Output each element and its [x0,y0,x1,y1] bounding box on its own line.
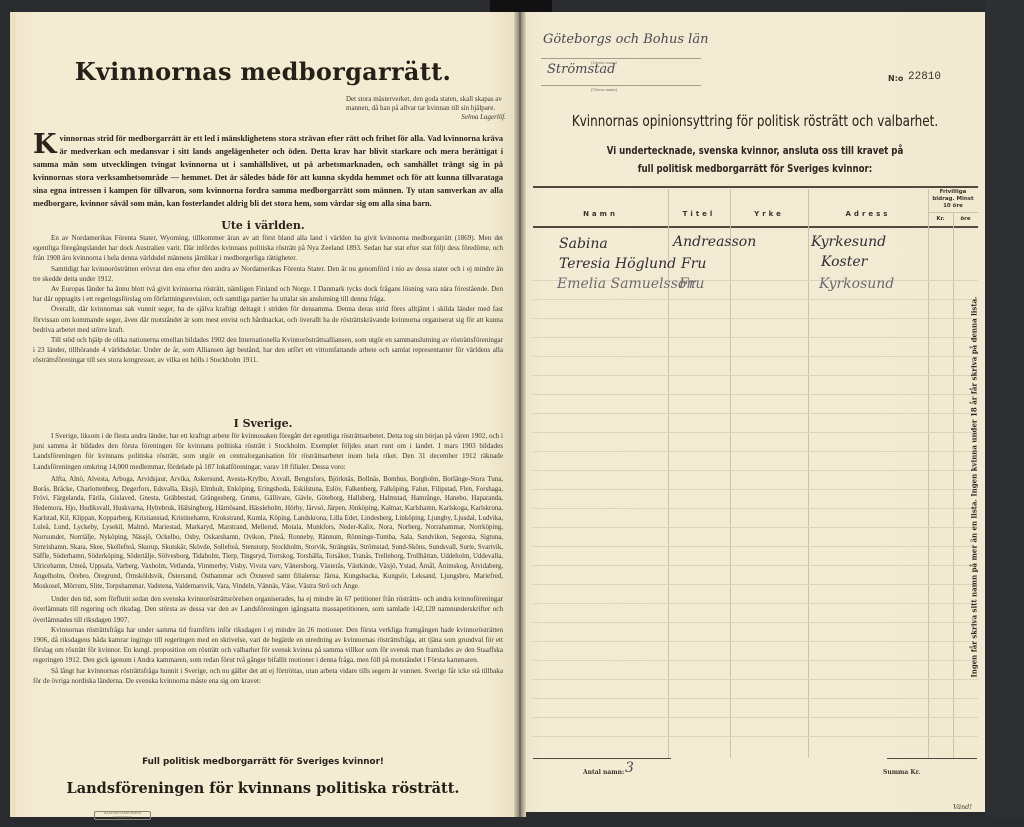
row-line [533,565,978,566]
row-line [533,413,978,414]
row-line [533,508,978,509]
side-note-vertical: Ingen får skriva sitt namn på mer än en … [968,202,980,772]
form-number: 22810 [908,71,941,83]
town-caption: (Ortens namn) [591,87,617,92]
paragraph: Av Europas länder ha ännu blott två givi… [33,284,503,304]
row-line [533,546,978,547]
column-divider [730,189,731,758]
background-bottom [0,817,1024,827]
paragraph: Samtidigt har kvinnorösträtten erövrat d… [33,264,503,284]
drop-cap: K [33,134,56,156]
row-line [533,698,978,699]
signature-address: Kyrkesund [811,234,886,250]
row-line [533,299,978,300]
page-title: Kvinnornas medborgarrätt. [28,57,498,86]
row-line [533,584,978,585]
section-world-body: En av Nordamerikas Förenta Stater, Wyomi… [33,233,503,366]
section-heading-sweden: I Sverige. [28,417,498,430]
paragraph: Kvinnornas rösträttsfråga har under samm… [33,625,503,666]
section-sweden-body: I Sverige, liksom i de flesta andra länd… [33,431,503,686]
count-rule [533,758,671,759]
paragraph: I Sverige, liksom i de flesta andra länd… [33,431,503,472]
row-line [533,432,978,433]
column-divider [668,189,669,758]
row-line [533,622,978,623]
intro-paragraph: Kvinnornas strid för medborgarrätt är et… [33,132,503,210]
row-line [533,489,978,490]
header-title: Titel [668,210,730,218]
sum-rule [887,758,977,759]
table-header-rule [533,226,978,228]
row-line [533,660,978,661]
row-line [533,470,978,471]
form-title: Kvinnornas opinionsyttring för politisk … [557,112,953,130]
header-occupation: Yrke [730,210,808,218]
left-page-content: Kvinnornas medborgarrätt. Det stora mäst… [10,12,515,817]
header-kr: Kr. [928,216,953,223]
intro-text: vinnornas strid för medborgarrätt är ett… [33,134,503,208]
column-divider [808,189,809,758]
header-address: Adress [808,210,928,218]
town-field-line [541,85,701,86]
paragraph: Så långt har kvinnornas rösträttsfråga h… [33,666,503,686]
row-line [533,318,978,319]
town-handwritten: Strömstad [547,62,615,77]
number-label: N:o [888,74,903,83]
county-field-line [541,58,701,59]
row-line [533,717,978,718]
header-name: Namn [533,210,668,218]
count-label: Antal namn: [583,769,624,776]
side-note-text: Ingen får skriva sitt namn på mer än en … [970,296,979,677]
row-line [533,641,978,642]
signature-title: Fru [681,256,706,272]
row-line [533,337,978,338]
signature-title: Fru [679,276,704,292]
binding-shadow [490,0,552,12]
signature-name: Sabina [559,236,608,252]
paragraph: Till stöd och hjälp de olika nationerna … [33,335,503,366]
table-top-rule [533,186,978,188]
quote-author: Selma Lagerlöf. [346,113,506,122]
section-heading-world: Ute i världen. [28,219,498,232]
count-value: 3 [625,760,634,776]
column-divider [953,212,954,758]
row-line [533,603,978,604]
row-line [533,394,978,395]
paragraph: Under den tid, som förflutit sedan den s… [33,594,503,625]
signature-address: Kyrkosund [819,276,894,292]
row-line [533,736,978,737]
organization-name: Landsföreningen för kvinnans politiska r… [28,780,498,797]
town-list: Alfta, Alnö, Alvesta, Arboga, Arvidsjaur… [33,475,503,591]
county-handwritten: Göteborgs och Bohus län [543,32,708,47]
signature-table: Namn Titel Yrke Adress Frivilliga bidrag… [533,186,978,758]
printer-stamp: ISAAK HOLLANDS BOKTR. STOCKHOLM [94,811,151,820]
epigraph-quote: Det stora mästerverket, den goda staten,… [346,95,506,122]
turn-over-note: Vänd! [953,803,972,811]
signature-address: Koster [821,254,867,270]
row-line [533,451,978,452]
row-line [533,679,978,680]
quote-text: Det stora mästerverket, den goda staten,… [346,95,502,112]
paragraph: Överallt, där kvinnornas sak vunnit sege… [33,304,503,335]
background-right [985,0,1024,827]
signature-name: Teresia Höglund [559,256,676,272]
slogan: Full politisk medborgarrätt för Sveriges… [28,757,498,767]
column-divider [928,189,929,758]
row-line [533,356,978,357]
sum-label: Summa Kr. [883,769,920,776]
signature-name: Emelia Samuelsson [557,276,695,292]
paragraph: En av Nordamerikas Förenta Stater, Wyomi… [33,233,503,264]
right-page-content: Göteborgs och Bohus län (Länets namn) St… [525,12,985,812]
petition-form: Göteborgs och Bohus län (Länets namn) St… [525,12,985,812]
row-line [533,375,978,376]
form-subtitle-1: Vi undertecknade, svenska kvinnor, anslu… [566,145,943,157]
row-line [533,527,978,528]
signature-title: Andreasson [673,234,756,250]
form-subtitle-2: full politisk medborgarrätt för Sveriges… [566,163,943,175]
left-column: Kvinnornas medborgarrätt. Det stora mäst… [28,12,498,817]
